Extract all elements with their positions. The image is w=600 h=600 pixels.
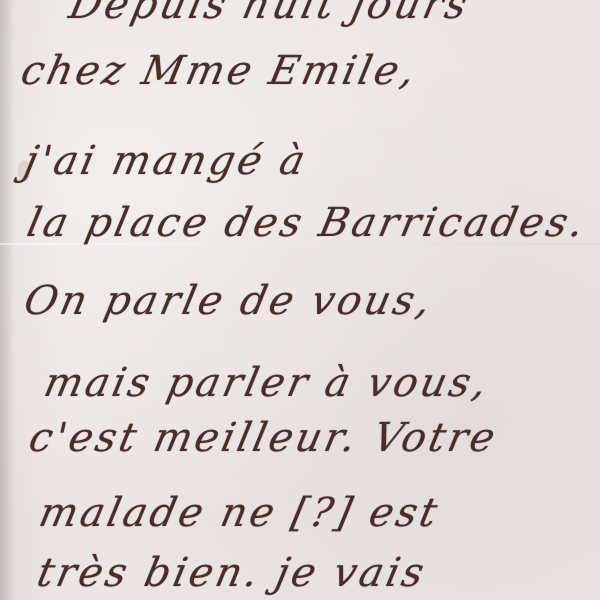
handwriting-line-7: c'est meilleur. Votre	[25, 415, 502, 461]
handwriting-line-1: Depuis huit jours	[65, 0, 474, 28]
handwriting-line-4: la place des Barricades.	[23, 200, 591, 246]
letter-page: Depuis huit jours chez Mme Emile, j'ai m…	[0, 0, 600, 600]
handwriting-line-5: On parle de vous,	[20, 278, 437, 324]
handwriting-line-8: malade ne [?] est	[35, 490, 444, 536]
page-edge-shadow	[0, 0, 14, 600]
handwriting-line-6: mais parler à vous,	[40, 360, 494, 406]
handwriting-line-9: très bien. je vais	[33, 550, 431, 596]
handwriting-line-2: chez Mme Emile,	[17, 48, 422, 94]
handwriting-line-3: j'ai mangé à	[20, 138, 312, 184]
